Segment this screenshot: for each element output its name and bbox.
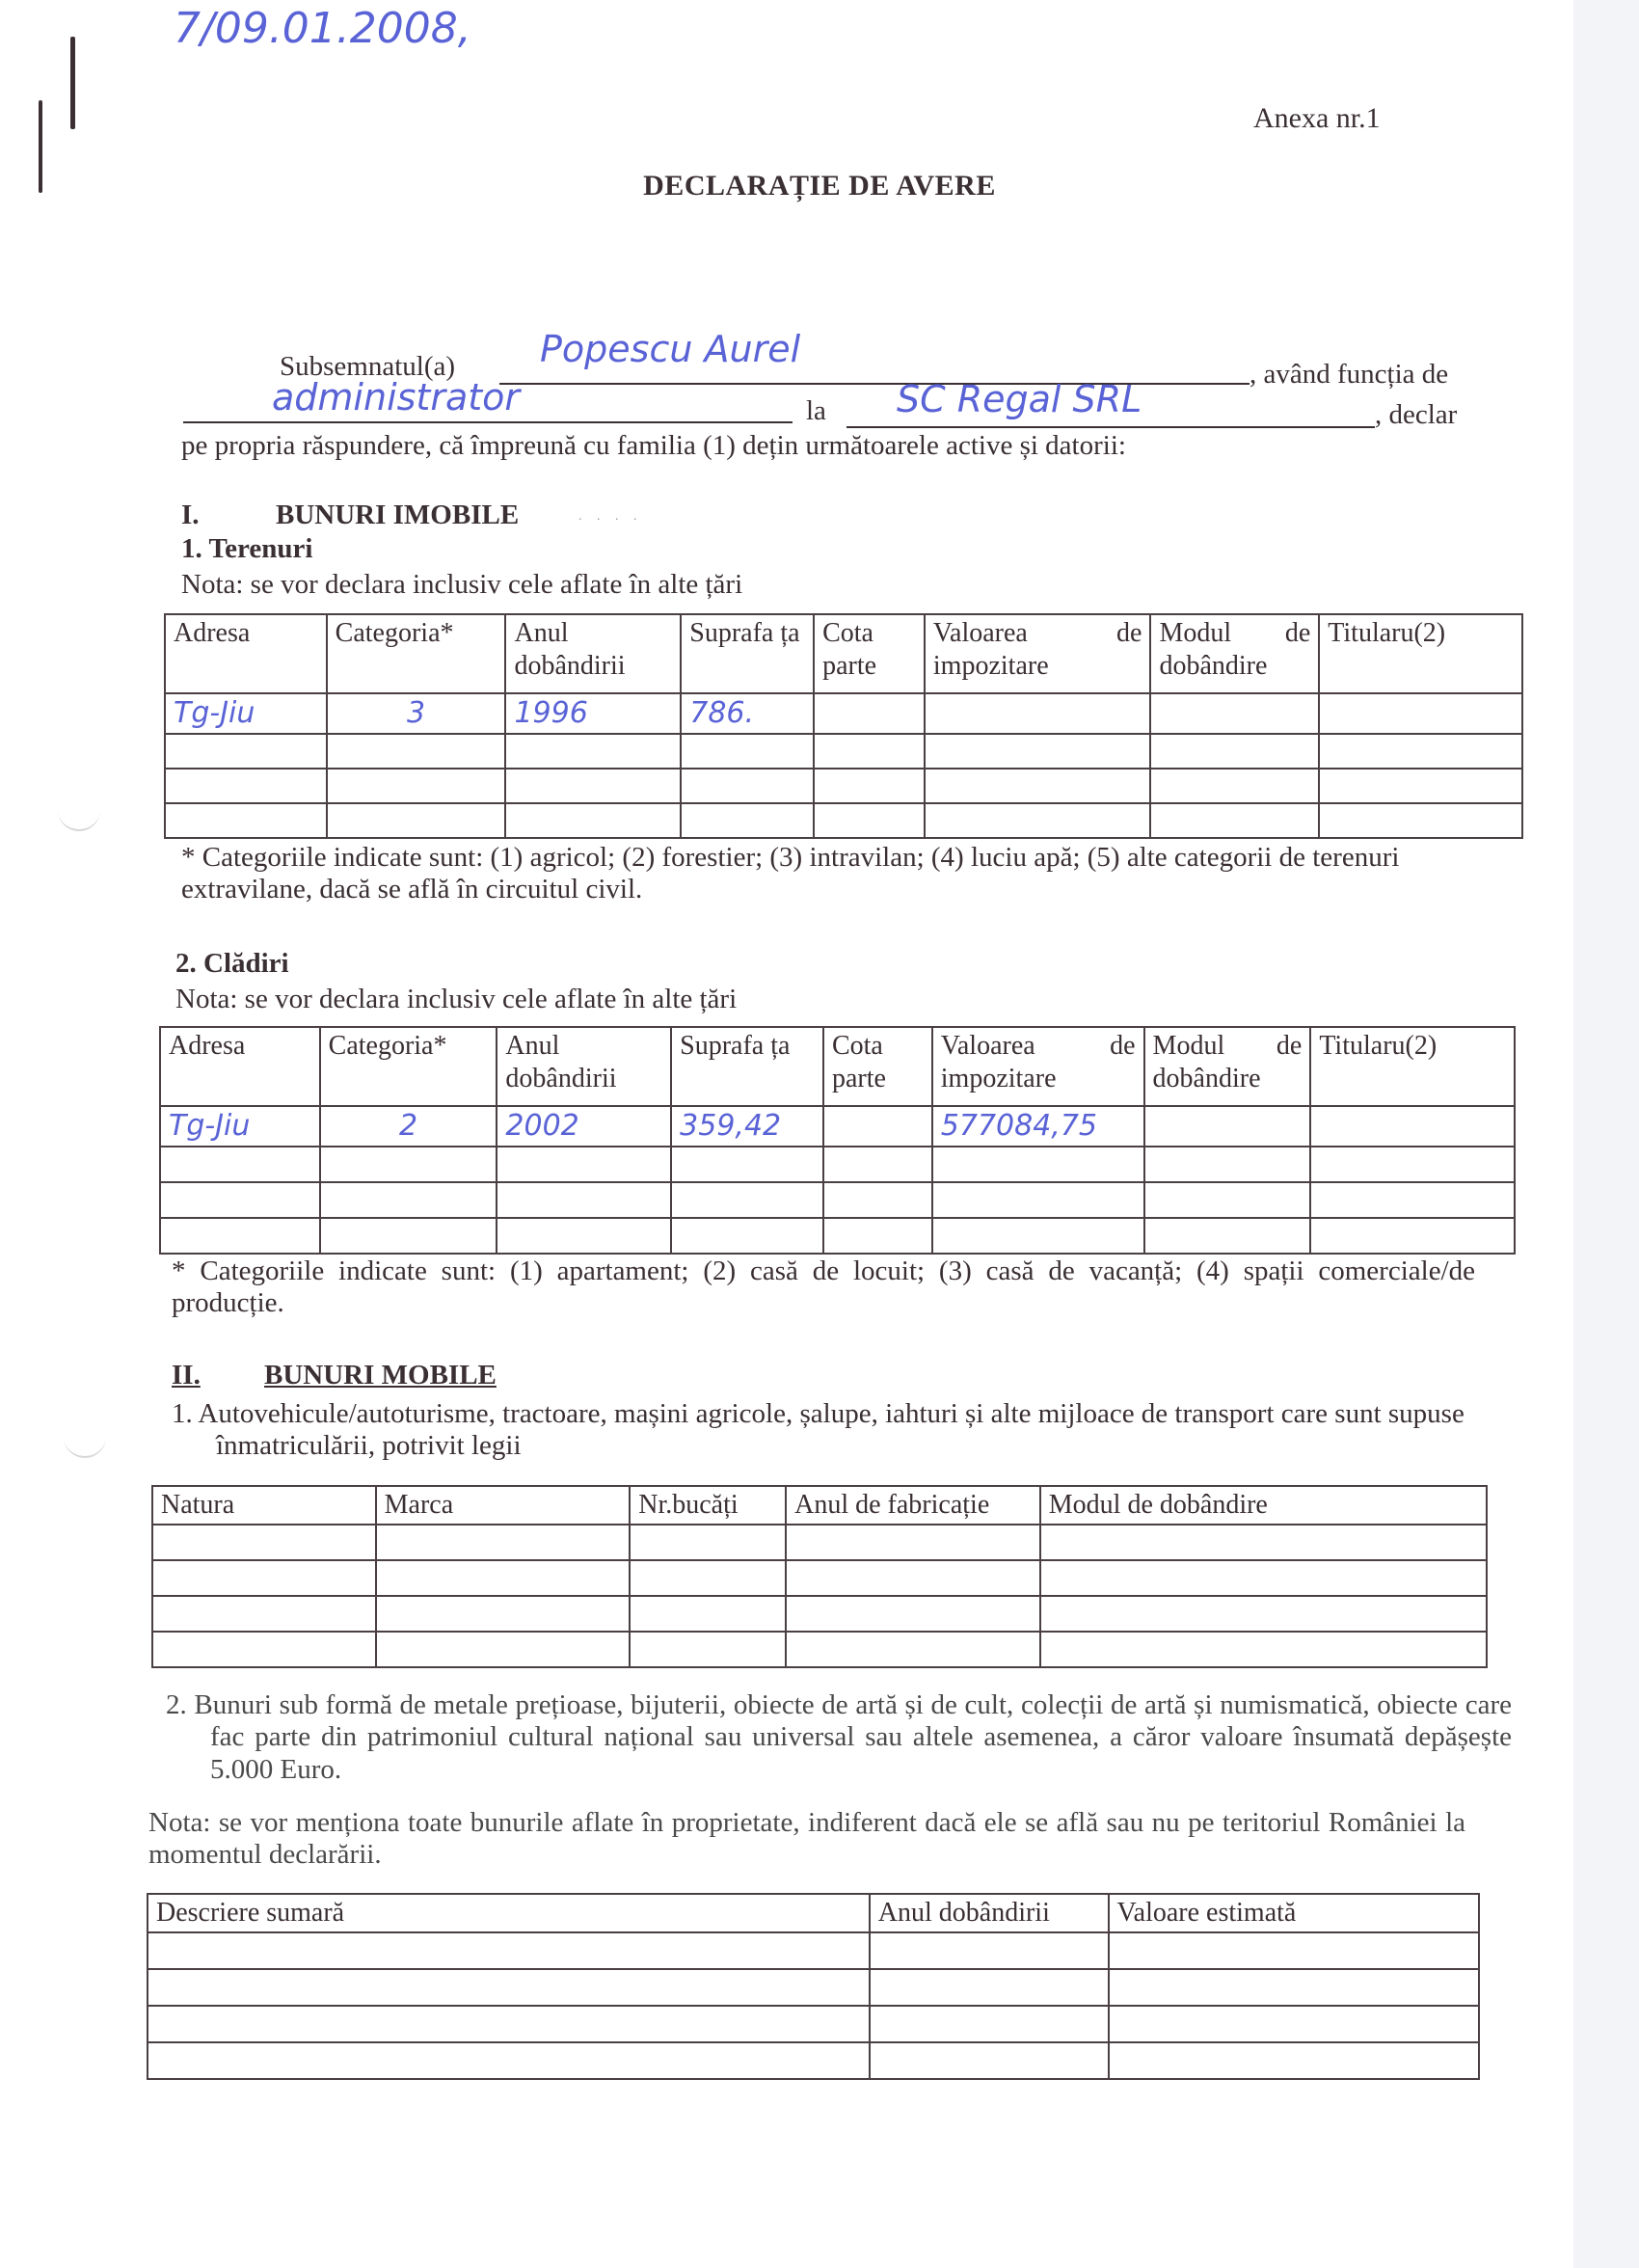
declar-label: , declar <box>1375 399 1457 431</box>
col-header: Anul dobândirii <box>870 1894 1109 1932</box>
table-cell[interactable]: 2002 <box>497 1106 671 1147</box>
table-cell[interactable] <box>320 1147 497 1182</box>
table-cell[interactable] <box>1310 1182 1515 1218</box>
buildings-heading: 2. Clădiri <box>175 948 289 980</box>
col-header: Categoria* <box>320 1027 497 1106</box>
col-header: Marca <box>376 1486 631 1525</box>
table-cell[interactable] <box>1040 1525 1487 1560</box>
function-label: , având funcția de <box>1249 359 1448 391</box>
table-cell[interactable] <box>152 1632 376 1667</box>
col-header: Valoarea de impozitare <box>925 614 1151 693</box>
table-cell[interactable] <box>823 1218 932 1254</box>
table-cell[interactable] <box>327 769 506 803</box>
table-cell[interactable] <box>152 1525 376 1560</box>
table-cell[interactable] <box>1040 1596 1487 1632</box>
table-cell[interactable] <box>1319 693 1522 734</box>
function-field-line <box>183 421 793 423</box>
table-cell[interactable] <box>1319 769 1522 803</box>
declaration-statement: pe propria răspundere, că împreună cu fa… <box>181 430 1126 462</box>
table-cell[interactable] <box>630 1596 786 1632</box>
table-cell[interactable]: 359,42 <box>671 1106 823 1147</box>
table-cell[interactable] <box>870 1932 1109 1969</box>
table-cell[interactable] <box>814 693 925 734</box>
table-cell[interactable] <box>786 1560 1040 1596</box>
col-header: Anul de fabricație <box>786 1486 1040 1525</box>
col-header: Nr.bucăți <box>630 1486 786 1525</box>
table-header-row: Natura Marca Nr.bucăți Anul de fabricați… <box>152 1486 1487 1525</box>
table-cell[interactable] <box>671 1218 823 1254</box>
table-cell[interactable]: 3 <box>327 693 506 734</box>
scan-edge <box>1573 0 1639 2268</box>
table-cell[interactable] <box>497 1218 671 1254</box>
table-cell[interactable] <box>327 803 506 838</box>
section-2-title: BUNURI MOBILE <box>264 1360 497 1391</box>
table-cell[interactable] <box>925 803 1151 838</box>
land-footnote: * Categoriile indicate sunt: (1) agricol… <box>181 842 1485 906</box>
table-cell[interactable] <box>814 803 925 838</box>
col-header: Modul de dobândire <box>1150 614 1319 693</box>
table-cell[interactable] <box>671 1147 823 1182</box>
table-row <box>148 2006 1479 2042</box>
table-row <box>152 1632 1487 1667</box>
table-row <box>148 1969 1479 2006</box>
table-row <box>165 803 1522 838</box>
table-cell[interactable]: 2 <box>320 1106 497 1147</box>
section-2-numeral: II. <box>172 1360 201 1391</box>
table-cell[interactable] <box>932 1147 1144 1182</box>
table-cell[interactable] <box>814 769 925 803</box>
at-label: la <box>806 395 826 427</box>
buildings-table: Adresa Categoria* Anul dobândirii Supraf… <box>159 1026 1516 1255</box>
table-cell[interactable] <box>497 1147 671 1182</box>
col-header: Anul dobândirii <box>497 1027 671 1106</box>
table-cell[interactable] <box>1109 2006 1479 2042</box>
page-title: DECLARAȚIE DE AVERE <box>0 170 1639 202</box>
table-row <box>148 2042 1479 2079</box>
valuables-heading: 2. Bunuri sub formă de metale prețioase,… <box>166 1689 1512 1786</box>
table-cell[interactable] <box>148 2006 870 2042</box>
staple-mark <box>70 37 75 129</box>
buildings-footnote: * Categoriile indicate sunt: (1) apartam… <box>172 1255 1475 1320</box>
land-note: Nota: se vor declara inclusiv cele aflat… <box>181 569 742 601</box>
table-cell[interactable]: 786. <box>681 693 814 734</box>
table-cell[interactable] <box>497 1182 671 1218</box>
table-row <box>152 1596 1487 1632</box>
table-cell[interactable] <box>823 1106 932 1147</box>
table-cell[interactable] <box>505 769 681 803</box>
table-header-row: Adresa Categoria* Anul dobândirii Supraf… <box>160 1027 1515 1106</box>
section-1-title: BUNURI IMOBILE <box>276 499 519 531</box>
table-cell[interactable] <box>1319 803 1522 838</box>
annex-label: Anexa nr.1 <box>1253 102 1381 136</box>
table-cell[interactable] <box>1144 1218 1311 1254</box>
table-cell[interactable] <box>1150 693 1319 734</box>
col-header: Modul de dobândire <box>1040 1486 1487 1525</box>
valuables-note: Nota: se vor menționa toate bunurile afl… <box>148 1807 1465 1872</box>
table-cell[interactable] <box>1144 1106 1311 1147</box>
col-header: Titularu(2) <box>1310 1027 1515 1106</box>
table-cell[interactable] <box>870 1969 1109 2006</box>
table-header-row: Adresa Categoria* Anul dobândirii Supraf… <box>165 614 1522 693</box>
col-header: Categoria* <box>327 614 506 693</box>
table-row <box>160 1147 1515 1182</box>
table-row: Tg-Jiu22002359,42577084,75 <box>160 1106 1515 1147</box>
table-cell[interactable] <box>630 1525 786 1560</box>
col-header: Modul de dobândire <box>1144 1027 1311 1106</box>
table-cell[interactable] <box>1319 734 1522 769</box>
function-field[interactable]: administrator <box>272 376 520 418</box>
table-cell[interactable] <box>925 693 1151 734</box>
table-cell[interactable] <box>786 1632 1040 1667</box>
table-cell[interactable] <box>1109 1969 1479 2006</box>
table-cell[interactable] <box>786 1525 1040 1560</box>
table-row <box>152 1525 1487 1560</box>
table-cell[interactable] <box>630 1560 786 1596</box>
table-row <box>152 1560 1487 1596</box>
table-cell[interactable] <box>681 803 814 838</box>
table-cell[interactable] <box>823 1182 932 1218</box>
handwritten-registration-number: 7/09.01.2008, <box>174 4 471 53</box>
table-cell[interactable] <box>376 1525 631 1560</box>
table-cell[interactable] <box>1040 1560 1487 1596</box>
table-cell[interactable] <box>1310 1218 1515 1254</box>
valuables-table: Descriere sumară Anul dobândirii Valoare… <box>147 1893 1480 2080</box>
table-cell[interactable]: Tg-Jiu <box>165 693 327 734</box>
col-header: Anul dobândirii <box>505 614 681 693</box>
col-header: Valoarea de impozitare <box>932 1027 1144 1106</box>
col-header: Titularu(2) <box>1319 614 1522 693</box>
table-cell[interactable] <box>320 1182 497 1218</box>
col-header: Adresa <box>160 1027 320 1106</box>
buildings-note: Nota: se vor declara inclusiv cele aflat… <box>175 984 737 1015</box>
table-cell[interactable] <box>327 734 506 769</box>
table-cell[interactable] <box>1150 769 1319 803</box>
table-cell[interactable]: Tg-Jiu <box>160 1106 320 1147</box>
table-cell[interactable] <box>1109 1932 1479 1969</box>
vehicles-heading: 1. Autovehicule/autoturisme, tractoare, … <box>172 1398 1518 1463</box>
table-cell[interactable] <box>152 1560 376 1596</box>
table-cell[interactable] <box>148 2042 870 2079</box>
table-cell[interactable] <box>1310 1106 1515 1147</box>
table-cell[interactable] <box>630 1632 786 1667</box>
table-header-row: Descriere sumară Anul dobândirii Valoare… <box>148 1894 1479 1932</box>
table-cell[interactable] <box>505 803 681 838</box>
vehicles-table: Natura Marca Nr.bucăți Anul de fabricați… <box>151 1485 1488 1668</box>
punch-hole-mark <box>64 1437 106 1458</box>
table-row <box>160 1218 1515 1254</box>
col-header: Suprafa ța <box>671 1027 823 1106</box>
land-table: Adresa Categoria* Anul dobândirii Supraf… <box>164 613 1523 839</box>
punch-hole-mark <box>58 810 100 831</box>
land-heading: 1. Terenuri <box>181 533 312 565</box>
table-cell[interactable] <box>1109 2042 1479 2079</box>
table-cell[interactable] <box>925 769 1151 803</box>
table-cell[interactable] <box>671 1182 823 1218</box>
col-header: Adresa <box>165 614 327 693</box>
scan-noise: . . . . <box>578 509 643 525</box>
table-cell[interactable] <box>932 1182 1144 1218</box>
col-header: Cota parte <box>814 614 925 693</box>
table-cell[interactable]: 577084,75 <box>932 1106 1144 1147</box>
table-row <box>160 1182 1515 1218</box>
table-row: Tg-Jiu31996786. <box>165 693 1522 734</box>
table-cell[interactable] <box>814 734 925 769</box>
table-cell[interactable] <box>870 2042 1109 2079</box>
col-header: Descriere sumară <box>148 1894 870 1932</box>
table-cell[interactable] <box>376 1632 631 1667</box>
table-cell[interactable] <box>786 1596 1040 1632</box>
table-row <box>148 1932 1479 1969</box>
col-header: Valoare estimată <box>1109 1894 1479 1932</box>
table-cell[interactable] <box>376 1560 631 1596</box>
table-cell[interactable] <box>160 1182 320 1218</box>
table-row <box>165 769 1522 803</box>
table-cell[interactable] <box>165 803 327 838</box>
table-cell[interactable] <box>1310 1147 1515 1182</box>
employer-field-line <box>846 426 1375 428</box>
table-cell[interactable] <box>160 1147 320 1182</box>
col-header: Natura <box>152 1486 376 1525</box>
table-cell[interactable] <box>1144 1147 1311 1182</box>
col-header: Suprafa ța <box>681 614 814 693</box>
table-cell[interactable] <box>1040 1632 1487 1667</box>
employer-field[interactable]: SC Regal SRL <box>897 378 1142 420</box>
table-cell[interactable] <box>160 1218 320 1254</box>
table-cell[interactable] <box>932 1218 1144 1254</box>
table-cell[interactable] <box>505 734 681 769</box>
table-cell[interactable] <box>1150 803 1319 838</box>
table-cell[interactable] <box>376 1596 631 1632</box>
table-cell[interactable] <box>152 1596 376 1632</box>
name-field[interactable]: Popescu Aurel <box>540 328 800 370</box>
section-1-numeral: I. <box>181 499 200 531</box>
table-cell[interactable] <box>870 2006 1109 2042</box>
table-cell[interactable] <box>925 734 1151 769</box>
col-header: Cota parte <box>823 1027 932 1106</box>
table-cell[interactable] <box>681 734 814 769</box>
table-cell[interactable] <box>681 769 814 803</box>
table-cell[interactable] <box>1150 734 1319 769</box>
table-cell[interactable] <box>148 1969 870 2006</box>
table-cell[interactable] <box>823 1147 932 1182</box>
table-cell[interactable] <box>148 1932 870 1969</box>
table-cell[interactable] <box>1144 1182 1311 1218</box>
table-cell[interactable] <box>320 1218 497 1254</box>
table-row <box>165 734 1522 769</box>
table-cell[interactable]: 1996 <box>505 693 681 734</box>
table-cell[interactable] <box>165 769 327 803</box>
table-cell[interactable] <box>165 734 327 769</box>
